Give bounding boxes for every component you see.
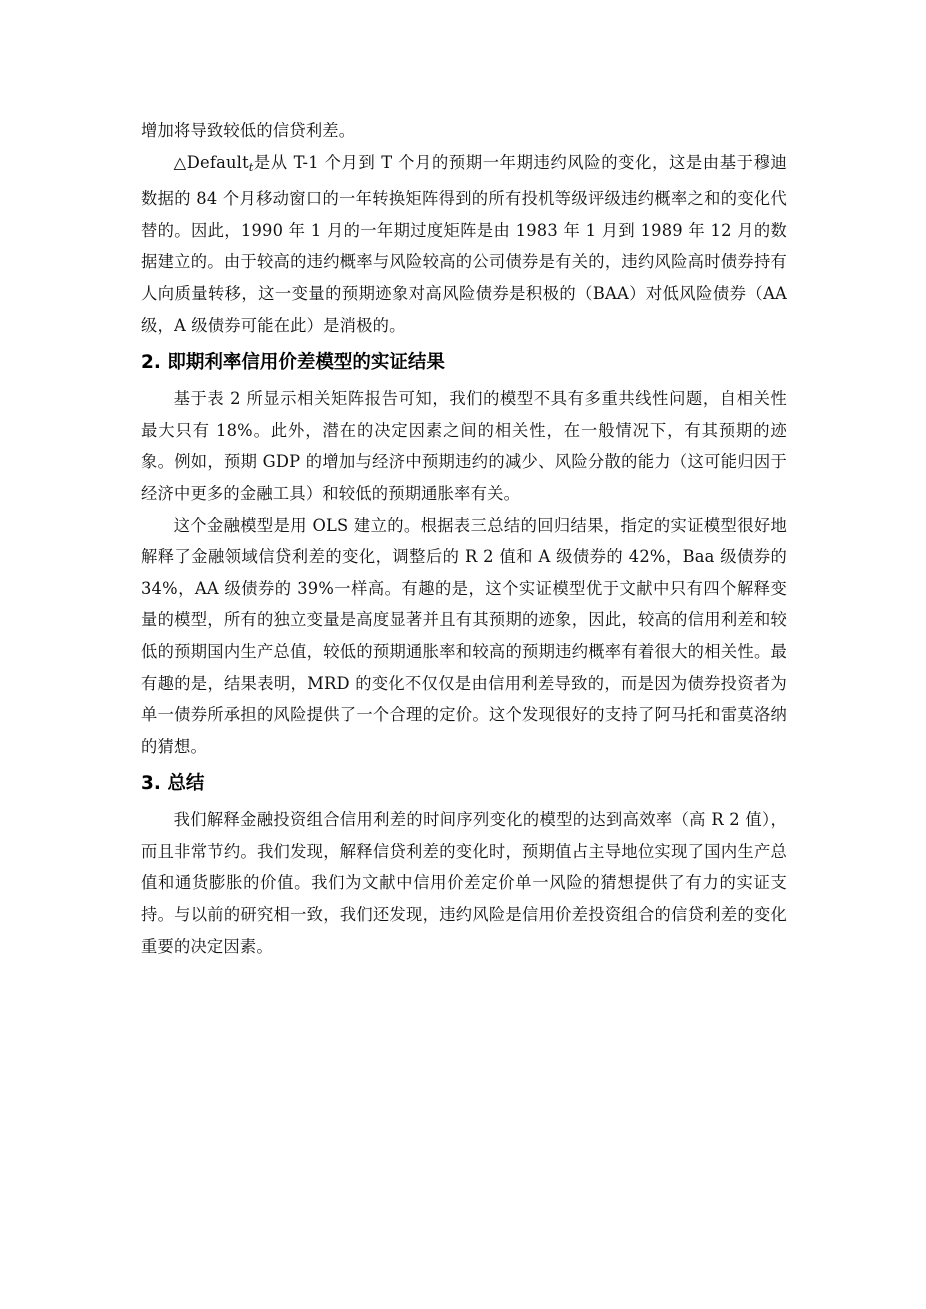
section-heading-summary: 3. 总结	[141, 772, 787, 796]
paragraph-summary: 我们解释金融投资组合信用利差的时间序列变化的模型的达到高效率（高 R 2 值），…	[141, 804, 787, 962]
default-variable-description: 是从 T-1 个月到 T 个月的预期一年期违约风险的变化，这是由基于穆迪数据的 …	[141, 153, 787, 335]
paragraph-correlation-matrix: 基于表 2 所显示相关矩阵报告可知，我们的模型不具有多重共线性问题，自相关性最大…	[141, 383, 787, 509]
default-variable-label: △Default	[174, 153, 249, 172]
section-heading-empirical-results: 2. 即期利率信用价差模型的实证结果	[141, 351, 787, 375]
paragraph-continuation: 增加将导致较低的信贷利差。	[141, 115, 787, 147]
paragraph-default-risk: △Defaultt是从 T-1 个月到 T 个月的预期一年期违约风险的变化，这是…	[141, 147, 787, 342]
document-page: 增加将导致较低的信贷利差。 △Defaultt是从 T-1 个月到 T 个月的预…	[141, 115, 787, 962]
paragraph-ols-regression: 这个金融模型是用 OLS 建立的。根据表三总结的回归结果，指定的实证模型很好地解…	[141, 510, 787, 763]
